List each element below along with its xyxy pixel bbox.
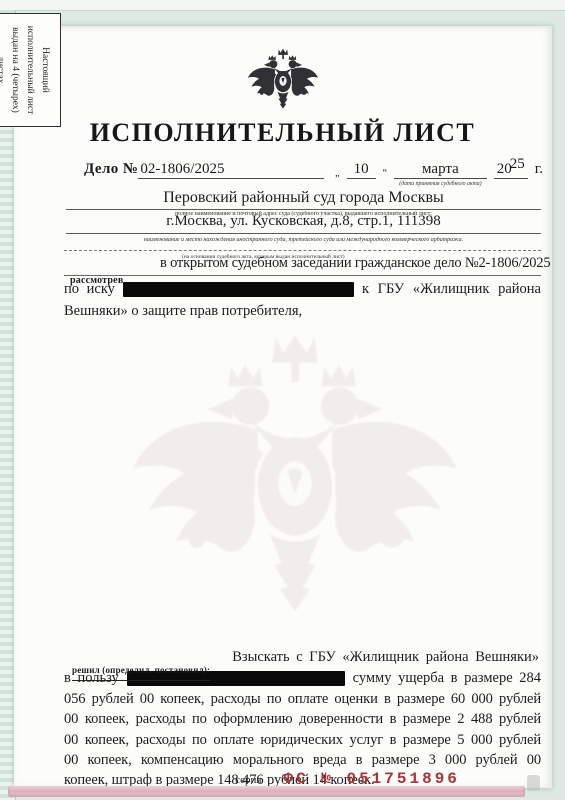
- bottom-guilloche-band: [8, 786, 525, 797]
- date-open-quote: „: [335, 168, 339, 179]
- issued-sheets-sticker: Настоящий исполнительный лист выдан на 4…: [0, 13, 61, 127]
- court-name: Перовский районный суд города Москвы: [66, 189, 541, 210]
- favor-row: решил (определил, постановил): в пользу …: [64, 668, 541, 688]
- session-line: (на основании судебного акта, которым вы…: [64, 250, 541, 276]
- decision-date: „ 10 “ марта (дата принятия судебного ак…: [335, 161, 543, 179]
- favor-amount-start: сумму ущерба в размере 284: [353, 668, 541, 688]
- russian-coat-of-arms-icon: [244, 42, 322, 116]
- proceedings-block: (на основании судебного акта, которым вы…: [64, 250, 541, 321]
- watermark-eagle-icon: [115, 312, 475, 637]
- date-close-quote: “: [383, 168, 387, 179]
- session-caption: (на основании судебного акта, которым вы…: [182, 247, 345, 267]
- scanned-writ-page: Настоящий исполнительный лист выдан на 4…: [0, 0, 565, 800]
- serial-label: серия: [235, 774, 261, 786]
- date-year: 2025: [494, 161, 528, 179]
- date-month: марта (дата принятия судебного акта): [394, 161, 487, 179]
- case-number: 02-1806/2025: [138, 161, 324, 179]
- award-line: 00 копеек, расходы по оплате юридических…: [64, 730, 541, 750]
- sticker-line: листах: [0, 16, 7, 124]
- case-row: Дело №02-1806/2025 „ 10 “ марта (дата пр…: [84, 161, 543, 187]
- date-day: 10: [347, 161, 376, 179]
- court-address: г.Москва, ул. Кусковская, д.8, стр.1, 11…: [66, 213, 541, 234]
- scan-smudge: [527, 775, 540, 791]
- award-line: 00 копеек, компенсацию морального вреда …: [64, 750, 541, 770]
- case-label: Дело №: [84, 161, 138, 177]
- form-label-reshil: решил (определил, постановил):: [72, 660, 210, 681]
- sticker-line: выдан на 4 (четырех): [7, 16, 22, 124]
- claim-row: рассмотрев по иску к ГБУ «Жилищник район…: [64, 279, 541, 299]
- award-line: 056 рублей 00 копеек, расходы по оплате …: [64, 689, 541, 709]
- document-title: ИСПОЛНИТЕЛЬНЫЙ ЛИСТ: [0, 118, 565, 148]
- redaction-bar-plaintiff: [123, 282, 354, 297]
- award-line: 00 копеек, расходы по оформлению доверен…: [64, 709, 541, 729]
- form-label-rassmotrev: рассмотрев: [70, 271, 123, 291]
- date-caption: (дата принятия судебного акта): [399, 181, 481, 187]
- sticker-line: исполнительный лист: [22, 16, 37, 124]
- date-era: г.: [535, 161, 543, 178]
- sticker-line: Настоящий: [37, 16, 52, 124]
- document-content: Настоящий исполнительный лист выдан на 4…: [0, 0, 565, 800]
- court-address-caption: наименование и место нахождения иностран…: [66, 237, 541, 243]
- claim-defendant: к ГБУ «Жилищник района: [362, 279, 541, 299]
- issued-sheets-sticker-text: Настоящий исполнительный лист выдан на 4…: [0, 16, 59, 124]
